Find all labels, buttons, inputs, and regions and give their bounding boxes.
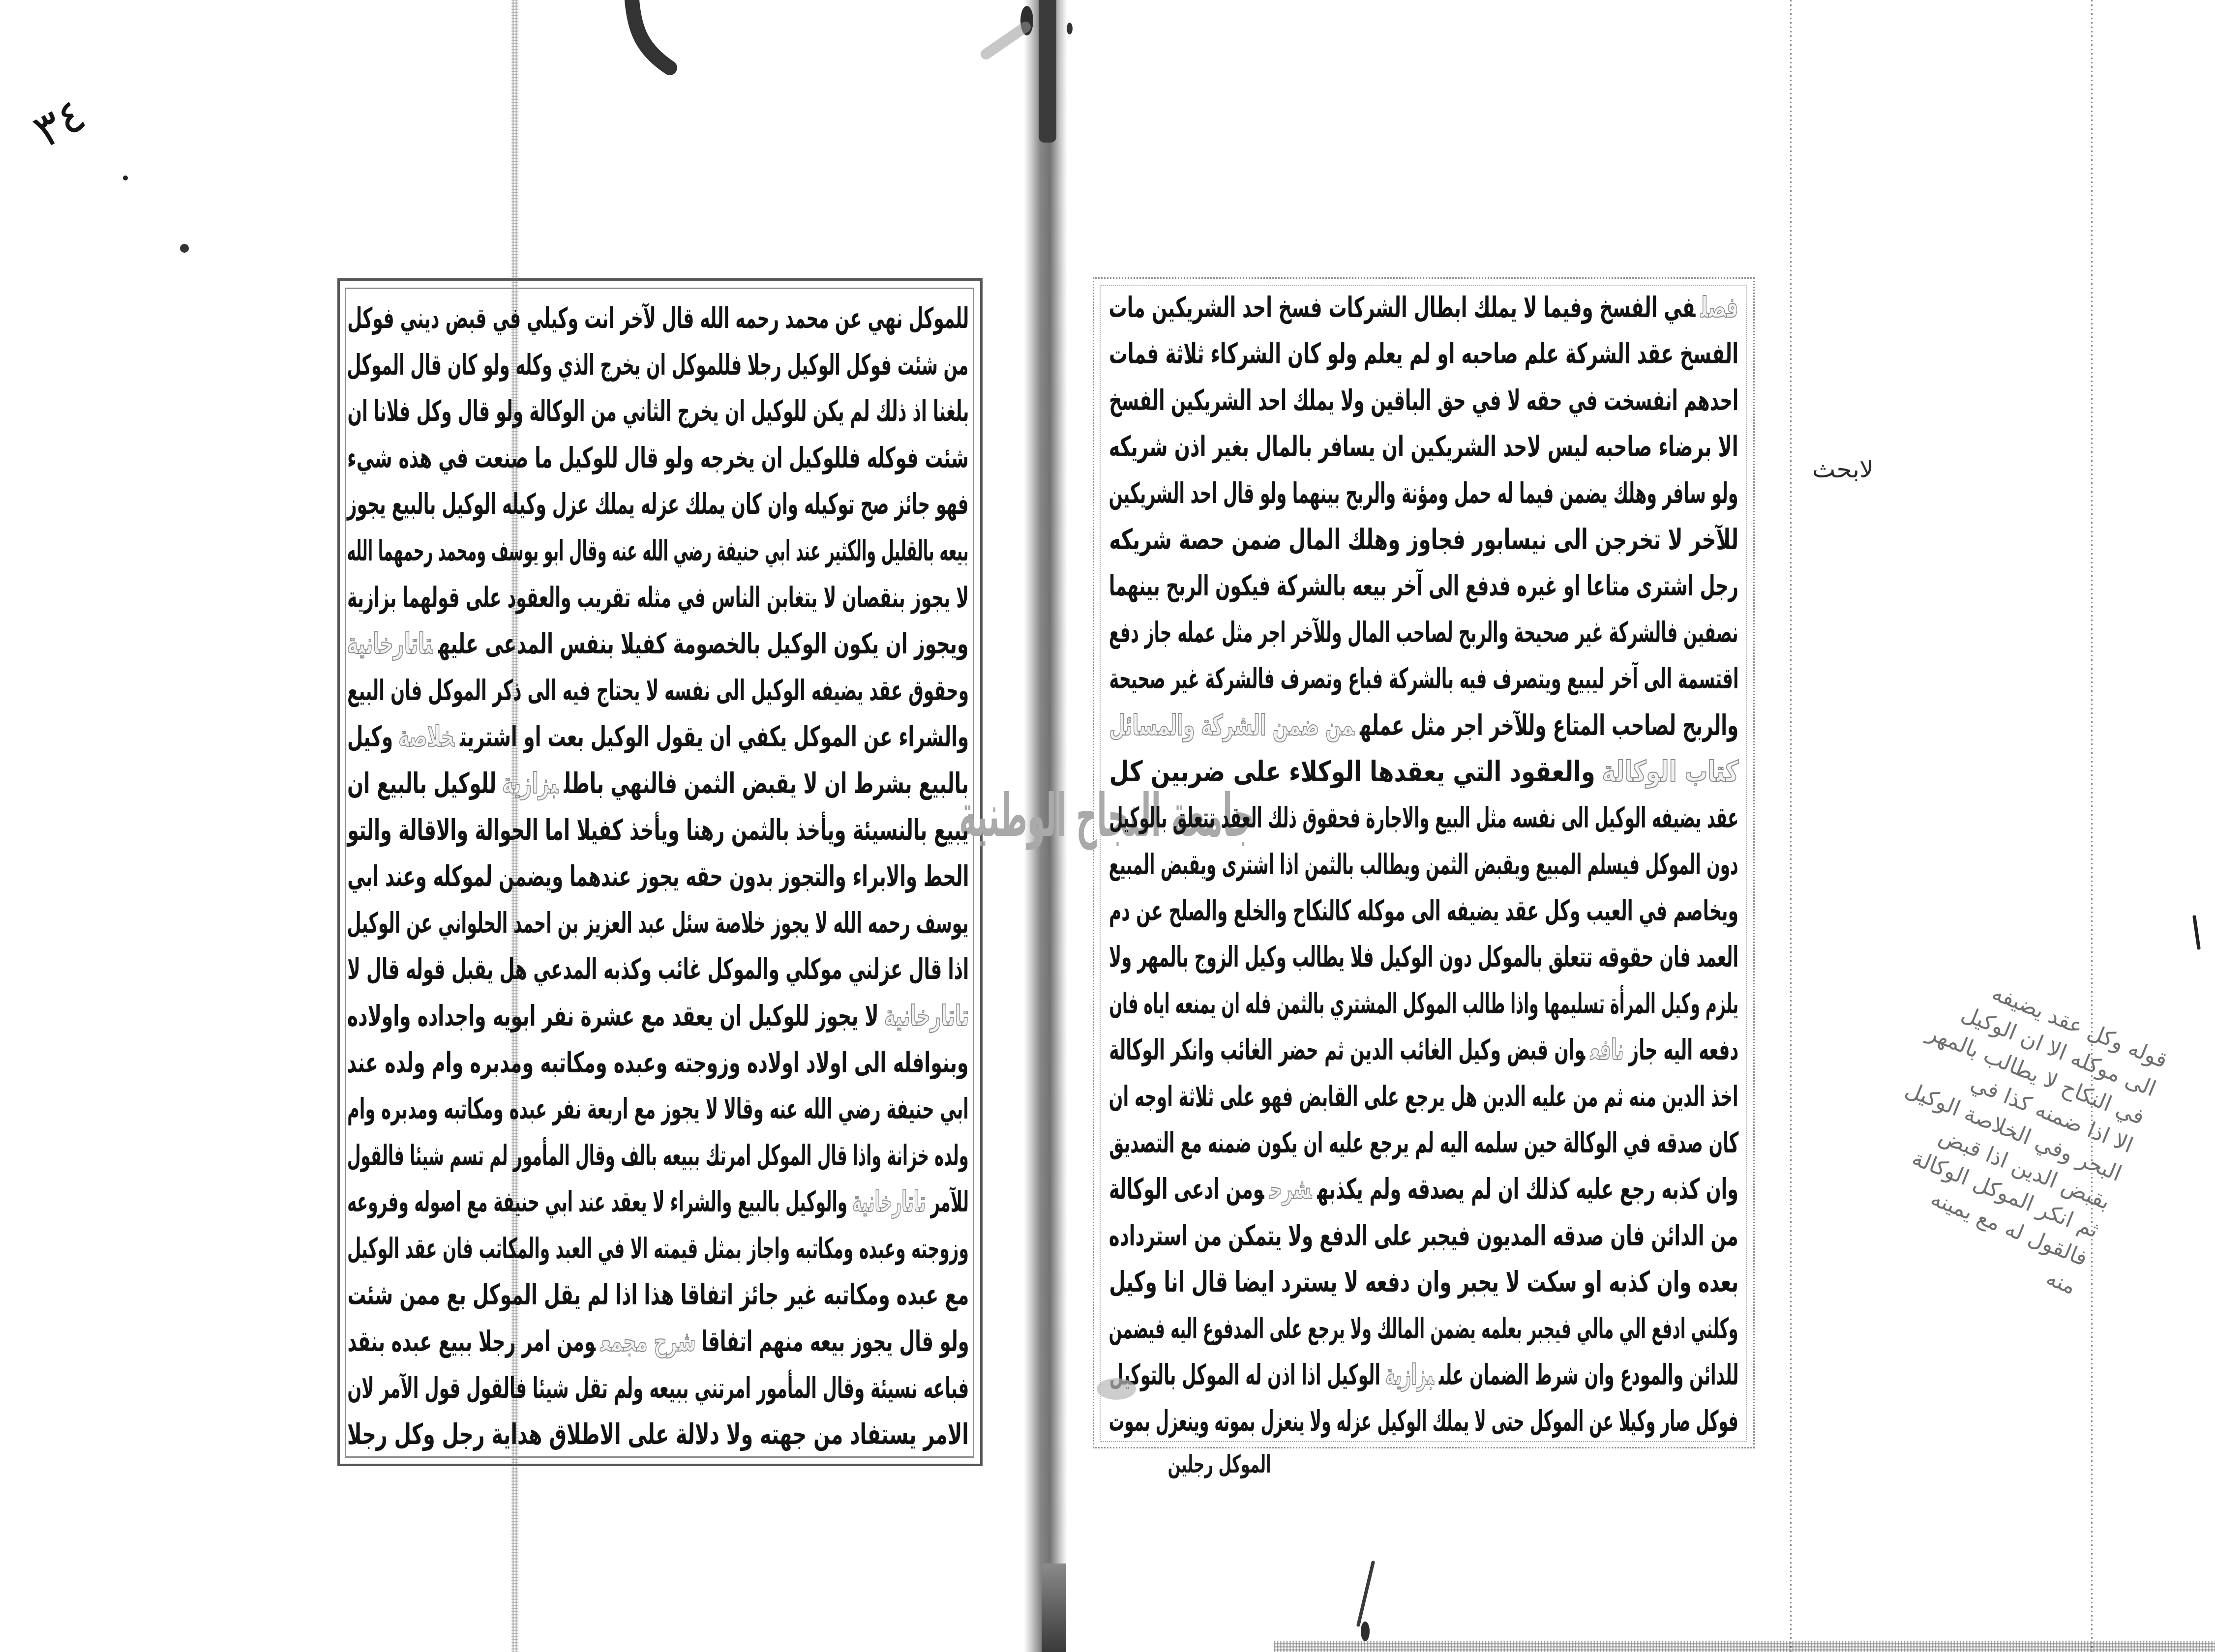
ink-dot [180,244,189,253]
line-text: الوكيل اذا اذن له الموكل بالتوكيل [1109,1358,1380,1391]
catchword-text: الموكل رجلين [1168,1450,1271,1478]
line-text: وان كذبه رجع عليه كذلك ان لم يصدقه ولم ي… [1317,1172,1738,1206]
text-line: عقد يضيفه الوكيل الى نفسه مثل البيع والا… [1109,795,1738,841]
line-text: وكيل [347,720,393,753]
smudge-gutter-top [986,27,1025,54]
text-line: رجل اشترى متاعا او غيره فدفع الى آخر بيع… [1109,562,1738,609]
rubric-source-citation: بزازية [1385,1358,1434,1391]
right-page-text-block: فصلفي الفسخ وفيما لا يملك ابطال الشركات … [1109,284,1738,1445]
line-text: احدهم انفسخت في حقه لا في حق الباقين ولا… [1109,383,1738,417]
line-text: العمد فان حقوقه تتعلق بالموكل دون الوكيل… [1109,940,1738,973]
text-line: احدهم انفسخت في حقه لا في حق الباقين ولا… [1109,377,1738,423]
line-text: الا برضاء صاحبه ليس لاحد الشريكين ان يسا… [1109,430,1738,463]
gutter-shadow-bottom [1042,1563,1066,1652]
text-line: نصفين فالشركة غير صحيحة والربح لصاحب الم… [1109,609,1738,655]
line-text: عقد يضيفه الوكيل الى نفسه مثل البيع والا… [1109,801,1738,834]
line-text: من الدائن فان صدقه المديون فيجبر على الد… [1109,1219,1738,1252]
line-text: بعده وان كذبه او سكت لا يجبر وان دفعه لا… [1109,1265,1738,1298]
line-text: ومن ادعى الوكالة [1109,1172,1264,1206]
margin-rule-line [1790,0,1792,1652]
text-line: والربح لصاحب المتاع وللآخر اجر مثل عملهم… [1109,702,1738,748]
margin-rule-line [2091,0,2093,1652]
text-line: ولو سافر وهلك يضمن فيما له حمل ومؤنة وال… [1109,470,1738,516]
marginal-gloss: قوله وكل عقد يضيفه الى موكله الا ان الوك… [1713,904,2172,1302]
line-text: فوكل صار وكيلا عن الموكل حتى لا يملك الو… [1109,1404,1738,1438]
text-line: اقتسمة الى آخر ليبيع ويتصرف فيه بالشركة … [1109,655,1738,702]
text-line: كان صدقه في الوكالة حين سلمه اليه لم يرج… [1109,1120,1738,1166]
text-line: فصلفي الفسخ وفيما لا يملك ابطال الشركات … [1109,284,1738,330]
line-text: والعقود التي يعقدها الوكلاء على ضربين كل [1109,755,1595,788]
line-text: للدائن والمودع وان شرط الضمان على [1438,1358,1738,1391]
text-line: كتاب الوكالةوالعقود التي يعقدها الوكلاء … [1109,748,1738,795]
line-text: كان صدقه في الوكالة حين سلمه اليه لم يرج… [1109,1126,1738,1159]
line-text: الفسخ عقد الشركة علم صاحبه او لم يعلم ول… [1109,337,1738,370]
text-line: العمد فان حقوقه تتعلق بالموكل دون الوكيل… [1109,934,1738,980]
text-line: للدائن والمودع وان شرط الضمان علىبزازيةا… [1109,1352,1738,1398]
page-edge-shadow [1274,1641,2215,1652]
ink-dot [123,176,128,180]
line-text: للوكيل بالبيع ان [347,767,496,800]
line-text: ويخاصم في العيب وكل عقد يضيفه الى موكله … [1109,894,1738,927]
line-text: دون الموكل فيسلم المبيع ويقبض الثمن ويطا… [1109,848,1738,881]
ink-blot-bottom [1361,1622,1370,1641]
line-text: اقتسمة الى آخر ليبيع ويتصرف فيه بالشركة … [1109,662,1738,695]
text-line: الفسخ عقد الشركة علم صاحبه او لم يعلم ول… [1109,330,1738,377]
collation-note-text: لابحث [1812,456,1874,483]
line-text: يلزم وكيل المرأة تسليمها واذا طالب الموك… [1109,987,1738,1020]
rubric-text: من ضمن الشركة والمسائل [1109,708,1354,742]
line-text: رجل اشترى متاعا او غيره فدفع الى آخر بيع… [1109,569,1738,602]
rubric-source-citation: بزازية [502,767,558,800]
line-text: للآخر لا تخرجن الى نيسابور فجاوز وهلك ال… [1109,523,1738,556]
rubric-source-citation: خلاصة [398,720,454,753]
line-text: ومن امر رجلا ببيع عبده بنقد [347,1325,596,1358]
line-text: نصفين فالشركة غير صحيحة والربح لصاحب الم… [1109,616,1738,649]
text-line: من الدائن فان صدقه المديون فيجبر على الد… [1109,1212,1738,1259]
rubric-chapter-heading: كتاب الوكالة [1602,755,1738,788]
line-text: ولو سافر وهلك يضمن فيما له حمل ومؤنة وال… [1109,476,1738,510]
rubric-source-citation: شرح [1270,1172,1312,1206]
rubric-source-citation: تاتارخانية [347,627,433,660]
text-line: اخذ الدين منه ثم من عليه الدين هل يرجع ع… [1109,1073,1738,1120]
manuscript-spread: ٣٤ جامعة النجاح الوطنية للموكل نهي عن مح… [0,0,2215,1652]
line-text: اخذ الدين منه ثم من عليه الدين هل يرجع ع… [1109,1080,1738,1113]
text-line: يلزم وكيل المرأة تسليمها واذا طالب الموك… [1109,980,1738,1027]
rubric-source-citation: نافع [1590,1033,1623,1066]
text-line: وكلني ادفع الي مالي فيجبر بعلمه يضمن الم… [1109,1305,1738,1352]
edge-mark-right [2194,917,2199,948]
line-text: وان قبض وكيل الغائب الدين ثم حضر الغائب … [1109,1033,1585,1066]
marginal-collation-note: لابحث [1812,450,1874,489]
line-text: دفعه اليه جاز [1629,1033,1738,1066]
text-line: دفعه اليه جازنافعوان قبض وكيل الغائب الد… [1109,1027,1738,1073]
text-line: للآخر لا تخرجن الى نيسابور فجاوز وهلك ال… [1109,516,1738,562]
ink-stroke-bottom [1358,1563,1373,1625]
text-line: ويخاصم في العيب وكل عقد يضيفه الى موكله … [1109,887,1738,934]
text-line: دون الموكل فيسلم المبيع ويقبض الثمن ويطا… [1109,841,1738,887]
line-text: في الفسخ وفيما لا يملك ابطال الشركات فسخ… [1109,291,1696,324]
folio-number: ٣٤ [25,87,94,158]
ink-dot [1067,23,1073,34]
line-text: والربح لصاحب المتاع وللآخر اجر مثل عمله [1360,708,1738,742]
text-line: الا برضاء صاحبه ليس لاحد الشريكين ان يسا… [1109,423,1738,470]
ink-stroke-top [632,0,670,68]
gutter-shadow-top [1039,0,1056,143]
catchword: الموكل رجلين [1168,1445,1271,1484]
text-line: بعده وان كذبه او سكت لا يجبر وان دفعه لا… [1109,1259,1738,1305]
text-line: فوكل صار وكيلا عن الموكل حتى لا يملك الو… [1109,1398,1738,1444]
line-text: وكلني ادفع الي مالي فيجبر بعلمه يضمن الم… [1109,1312,1738,1345]
text-line: وان كذبه رجع عليه كذلك ان لم يصدقه ولم ي… [1109,1166,1738,1212]
rubric-heading: فصل [1701,291,1738,324]
